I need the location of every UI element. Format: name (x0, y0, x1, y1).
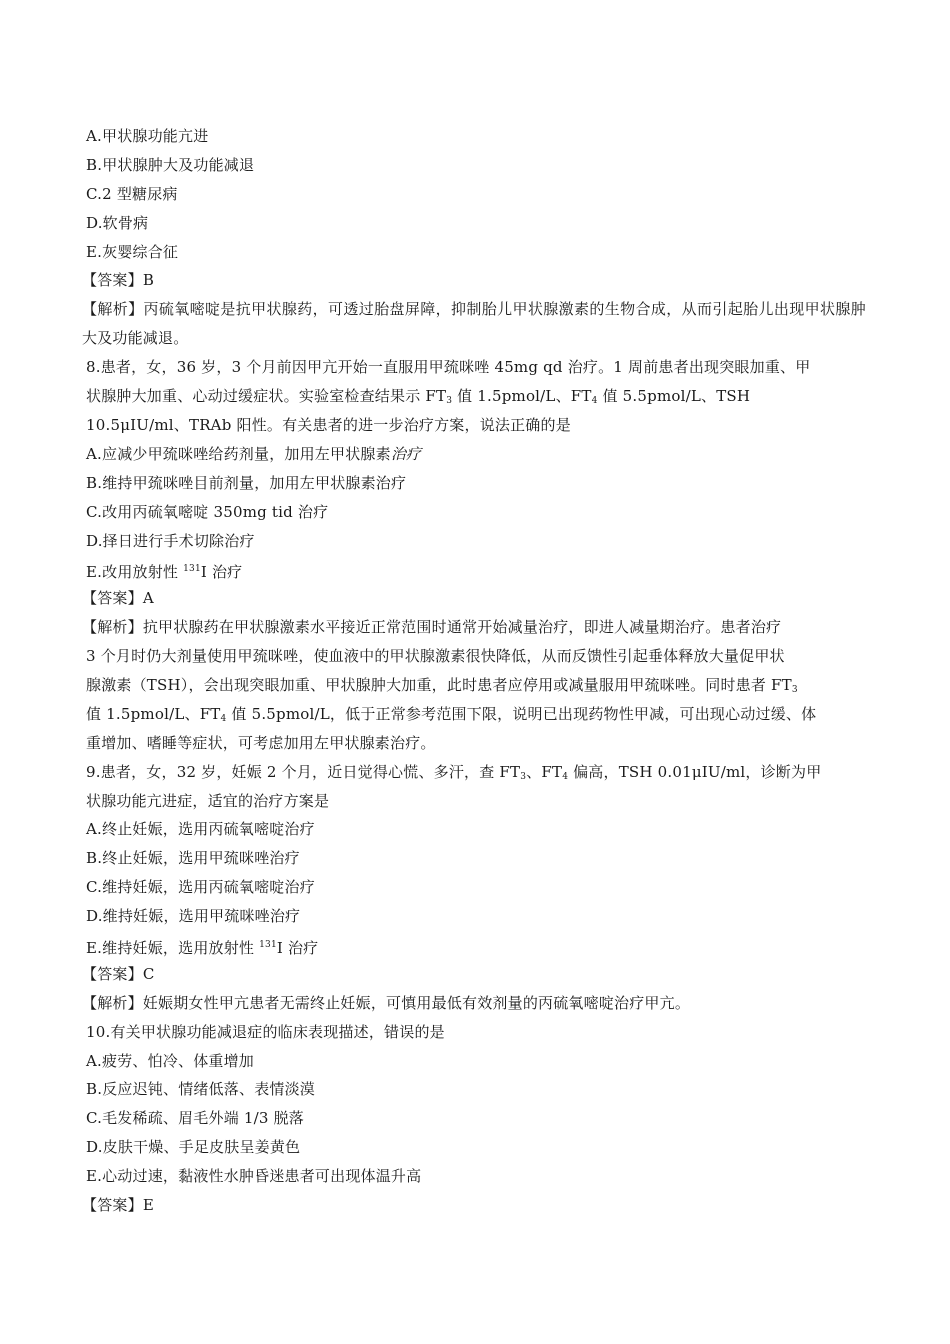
option-text: E.改用放射性 (86, 563, 183, 581)
answer: 【答案】E (82, 1191, 866, 1220)
stem-text: 值 5.5pmol/L、TSH (598, 387, 751, 405)
analysis-text: 抗甲状腺药在甲状腺激素水平接近正常范围时通常开始减量治疗，即进人减量期治疗。患者… (143, 618, 781, 636)
option-b: B.终止妊娠，选用甲巯咪唑治疗 (86, 844, 866, 873)
analysis-label: 【解析】 (82, 300, 144, 318)
question-stem-line: 8.患者，女，36 岁，3 个月前因甲亢开始一直服用甲巯咪唑 45mg qd 治… (86, 353, 866, 382)
option-b: B.反应迟钝、情绪低落、表情淡漠 (86, 1075, 866, 1104)
option-e: E.改用放射性 131I 治疗 (86, 555, 866, 584)
answer: 【答案】C (82, 960, 866, 989)
analysis-label: 【解析】 (82, 994, 143, 1012)
option-c: C.2 型糖尿病 (86, 180, 866, 209)
option-e: E.心动过速，黏液性水肿昏迷患者可出现体温升高 (86, 1162, 866, 1191)
option-b: B.甲状腺肿大及功能减退 (86, 151, 866, 180)
option-e: E.维持妊娠，选用放射性 131I 治疗 (86, 931, 866, 960)
analysis-line: 【解析】抗甲状腺药在甲状腺激素水平接近正常范围时通常开始减量治疗，即进人减量期治… (82, 613, 866, 642)
question-stem-line: 状腺功能亢进症，适宜的治疗方案是 (86, 787, 866, 816)
answer-value: C (143, 965, 155, 983)
analysis-line: 腺激素（TSH），会出现突眼加重、甲状腺肿大加重，此时患者应停用或减量服用甲巯咪… (86, 671, 866, 700)
option-text: I 治疗 (201, 563, 243, 581)
option-b: B.维持甲巯咪唑目前剂量，加用左甲状腺素治疗 (86, 469, 866, 498)
option-d: D.维持妊娠，选用甲巯咪唑治疗 (86, 902, 866, 931)
analysis-text: 丙硫氧嘧啶是抗甲状腺药，可透过胎盘屏障，抑制胎儿甲状腺激素的生物合成，从而引起胎… (82, 300, 866, 347)
analysis-text: 腺激素（TSH），会出现突眼加重、甲状腺肿大加重，此时患者应停用或减量服用甲巯咪… (86, 676, 792, 694)
option-text: A.应减少甲巯咪唑给药剂量，加用左甲状腺素 (86, 445, 391, 463)
analysis-text: 值 1.5pmol/L、FT (86, 705, 221, 723)
question-stem-line: 状腺肿大加重、心动过缓症状。实验室检查结果示 FT3 值 1.5pmol/L、F… (86, 382, 866, 411)
option-text: E.维持妊娠，选用放射性 (86, 939, 259, 957)
question-8: 8.患者，女，36 岁，3 个月前因甲亢开始一直服用甲巯咪唑 45mg qd 治… (86, 353, 866, 757)
analysis-line: 值 1.5pmol/L、FT4 值 5.5pmol/L，低于正常参考范围下限，说… (86, 700, 866, 729)
option-a: A.终止妊娠，选用丙硫氧嘧啶治疗 (86, 815, 866, 844)
option-c: C.维持妊娠，选用丙硫氧嘧啶治疗 (86, 873, 866, 902)
stem-text: 值 1.5pmol/L、FT (452, 387, 591, 405)
analysis: 【解析】抗甲状腺药在甲状腺激素水平接近正常范围时通常开始减量治疗，即进人减量期治… (86, 613, 866, 757)
analysis-text: 值 5.5pmol/L，低于正常参考范围下限，说明已出现药物性甲减，可出现心动过… (226, 705, 816, 723)
answer: 【答案】B (82, 266, 866, 295)
option-d: D.择日进行手术切除治疗 (86, 527, 866, 556)
stem-text: 、FT (526, 763, 562, 781)
analysis-line: 3 个月时仍大剂量使用甲巯咪唑，使血液中的甲状腺激素很快降低，从而反馈性引起垂体… (86, 642, 866, 671)
option-a: A.应减少甲巯咪唑给药剂量，加用左甲状腺素治疗 (86, 440, 866, 469)
question-9: 9.患者，女，32 岁，妊娠 2 个月，近日觉得心慌、多汗，查 FT3、FT4 … (86, 758, 866, 1018)
answer-value: B (143, 271, 154, 289)
question-7: A.甲状腺功能亢进 B.甲状腺肿大及功能减退 C.2 型糖尿病 D.软骨病 E.… (86, 122, 866, 353)
question-stem-line: 10.5μIU/ml、TRAb 阳性。有关患者的进一步治疗方案，说法正确的是 (86, 411, 866, 440)
option-c: C.改用丙硫氧嘧啶 350mg tid 治疗 (86, 498, 866, 527)
option-d: D.皮肤干燥、手足皮肤呈姜黄色 (86, 1133, 866, 1162)
option-a: A.疲劳、怕冷、体重增加 (86, 1047, 866, 1076)
option-a: A.甲状腺功能亢进 (86, 122, 866, 151)
superscript: 131 (183, 564, 201, 574)
answer-label: 【答案】 (82, 271, 143, 289)
answer-label: 【答案】 (82, 965, 143, 983)
document-page: A.甲状腺功能亢进 B.甲状腺肿大及功能减退 C.2 型糖尿病 D.软骨病 E.… (86, 122, 866, 1220)
analysis-label: 【解析】 (82, 618, 143, 636)
subscript: 3 (792, 685, 798, 695)
answer-label: 【答案】 (82, 589, 143, 607)
option-e: E.灰婴综合征 (86, 238, 866, 267)
answer-value: A (143, 589, 154, 607)
superscript: 131 (259, 940, 277, 950)
stem-text: 偏高，TSH 0.01μIU/ml，诊断为甲 (568, 763, 821, 781)
option-text-italic: 治疗 (391, 445, 421, 463)
stem-text: 状腺肿大加重、心动过缓症状。实验室检查结果示 FT (86, 387, 446, 405)
question-10: 10.有关甲状腺功能减退症的临床表现描述，错误的是 A.疲劳、怕冷、体重增加 B… (86, 1018, 866, 1220)
analysis: 【解析】妊娠期女性甲亢患者无需终止妊娠，可慎用最低有效剂量的丙硫氧嘧啶治疗甲亢。 (82, 989, 866, 1018)
analysis-line: 重增加、嗜睡等症状，可考虑加用左甲状腺素治疗。 (86, 729, 866, 758)
stem-text: 9.患者，女，32 岁，妊娠 2 个月，近日觉得心慌、多汗，查 FT (86, 763, 520, 781)
answer-label: 【答案】 (82, 1196, 143, 1214)
question-stem-line: 10.有关甲状腺功能减退症的临床表现描述，错误的是 (86, 1018, 866, 1047)
option-d: D.软骨病 (86, 209, 866, 238)
option-text: I 治疗 (277, 939, 319, 957)
answer: 【答案】A (82, 584, 866, 613)
analysis-text: 妊娠期女性甲亢患者无需终止妊娠，可慎用最低有效剂量的丙硫氧嘧啶治疗甲亢。 (143, 994, 690, 1012)
option-c: C.毛发稀疏、眉毛外端 1/3 脱落 (86, 1104, 866, 1133)
answer-value: E (143, 1196, 154, 1214)
question-stem-line: 9.患者，女，32 岁，妊娠 2 个月，近日觉得心慌、多汗，查 FT3、FT4 … (86, 758, 866, 787)
analysis: 【解析】丙硫氧嘧啶是抗甲状腺药，可透过胎盘屏障，抑制胎儿甲状腺激素的生物合成，从… (82, 295, 866, 353)
